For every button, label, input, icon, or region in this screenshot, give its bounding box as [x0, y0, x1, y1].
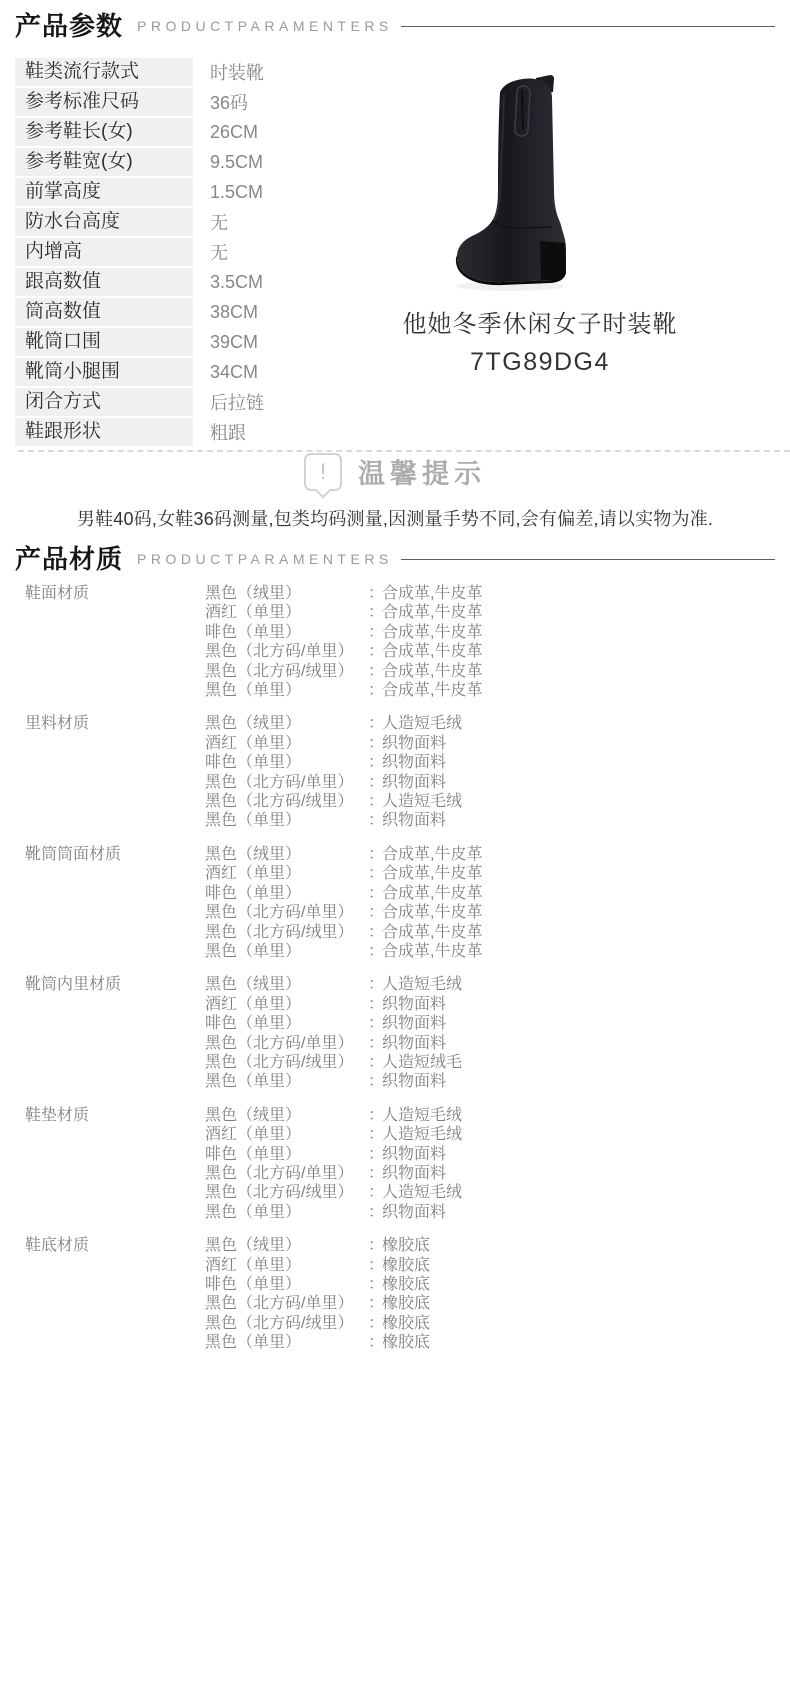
material-separator: ：: [368, 1333, 382, 1352]
material-value: 织物面料: [382, 811, 446, 830]
material-value: 橡胶底: [382, 1275, 430, 1294]
param-row-label: 闭合方式: [15, 388, 193, 416]
param-row-value: 9.5CM: [193, 152, 263, 173]
material-row: 酒红（单里）：织物面料: [205, 995, 780, 1014]
param-row-label: 鞋跟形状: [15, 418, 193, 446]
param-row-label: 跟高数值: [15, 268, 193, 296]
material-separator: ：: [368, 603, 382, 622]
material-variant: 黑色（单里）: [205, 681, 368, 700]
material-block: 靴筒筒面材质黑色（绒里）：合成革,牛皮革酒红（单里）：合成革,牛皮革啡色（单里）…: [25, 845, 780, 961]
material-block-rows: 黑色（绒里）：合成革,牛皮革酒红（单里）：合成革,牛皮革啡色（单里）：合成革,牛…: [205, 584, 780, 700]
material-variant: 黑色（北方码/单里）: [205, 903, 368, 922]
material-separator: ：: [368, 734, 382, 753]
material-value: 橡胶底: [382, 1314, 430, 1333]
material-variant: 黑色（绒里）: [205, 714, 368, 733]
param-table-row: 闭合方式后拉链: [15, 388, 381, 416]
material-value: 合成革,牛皮革: [382, 845, 482, 864]
param-row-label: 参考鞋长(女): [15, 118, 193, 146]
material-separator: ：: [368, 942, 382, 961]
materials-section-title: 产品材质: [15, 539, 123, 576]
material-value: 橡胶底: [382, 1333, 430, 1352]
material-row: 黑色（北方码/绒里）：人造短毛绒: [205, 1183, 780, 1202]
material-row: 酒红（单里）：人造短毛绒: [205, 1125, 780, 1144]
material-value: 织物面料: [382, 1014, 446, 1033]
material-separator: ：: [368, 995, 382, 1014]
boot-heel: [540, 241, 566, 280]
material-variant: 酒红（单里）: [205, 995, 368, 1014]
material-value: 橡胶底: [382, 1294, 430, 1313]
material-row: 黑色（北方码/单里）：橡胶底: [205, 1294, 780, 1313]
material-block-label: 靴筒筒面材质: [25, 845, 205, 961]
param-row-label: 鞋类流行款式: [15, 58, 193, 86]
material-separator: ：: [368, 681, 382, 700]
material-separator: ：: [368, 1145, 382, 1164]
param-row-label: 参考鞋宽(女): [15, 148, 193, 176]
material-value: 合成革,牛皮革: [382, 923, 482, 942]
material-variant: 黑色（单里）: [205, 1072, 368, 1091]
material-separator: ：: [368, 1236, 382, 1255]
material-value: 织物面料: [382, 1203, 446, 1222]
param-table-row: 参考鞋长(女)26CM: [15, 118, 381, 146]
material-block-label: 鞋面材质: [25, 584, 205, 700]
material-separator: ：: [368, 903, 382, 922]
material-variant: 酒红（单里）: [205, 734, 368, 753]
material-row: 酒红（单里）：合成革,牛皮革: [205, 603, 780, 622]
param-table-row: 鞋类流行款式时装靴: [15, 58, 381, 86]
material-value: 织物面料: [382, 1145, 446, 1164]
product-column: 他她冬季休闲女子时装靴 7TG89DG4: [380, 70, 700, 377]
material-row: 黑色（北方码/绒里）：人造短毛绒: [205, 792, 780, 811]
material-variant: 黑色（绒里）: [205, 845, 368, 864]
param-row-value: 后拉链: [193, 389, 264, 415]
material-row: 黑色（单里）：织物面料: [205, 1203, 780, 1222]
param-row-value: 36码: [193, 89, 248, 115]
material-row: 啡色（单里）：织物面料: [205, 753, 780, 772]
material-separator: ：: [368, 1072, 382, 1091]
material-value: 橡胶底: [382, 1236, 430, 1255]
material-separator: ：: [368, 792, 382, 811]
material-row: 啡色（单里）：合成革,牛皮革: [205, 623, 780, 642]
material-variant: 黑色（北方码/单里）: [205, 1164, 368, 1183]
param-row-label: 筒高数值: [15, 298, 193, 326]
material-value: 合成革,牛皮革: [382, 584, 482, 603]
material-block: 靴筒内里材质黑色（绒里）：人造短毛绒酒红（单里）：织物面料啡色（单里）：织物面料…: [25, 975, 780, 1091]
material-row: 啡色（单里）：织物面料: [205, 1014, 780, 1033]
material-value: 合成革,牛皮革: [382, 942, 482, 961]
material-variant: 啡色（单里）: [205, 1145, 368, 1164]
material-row: 黑色（绒里）：橡胶底: [205, 1236, 780, 1255]
material-row: 黑色（绒里）：人造短毛绒: [205, 1106, 780, 1125]
material-separator: ：: [368, 1256, 382, 1275]
material-block: 鞋面材质黑色（绒里）：合成革,牛皮革酒红（单里）：合成革,牛皮革啡色（单里）：合…: [25, 584, 780, 700]
material-separator: ：: [368, 714, 382, 733]
material-separator: ：: [368, 1125, 382, 1144]
material-value: 织物面料: [382, 1164, 446, 1183]
material-row: 啡色（单里）：橡胶底: [205, 1275, 780, 1294]
material-block-label: 鞋底材质: [25, 1236, 205, 1352]
material-variant: 黑色（北方码/单里）: [205, 1294, 368, 1313]
material-separator: ：: [368, 753, 382, 772]
params-section-header: 产品参数 PRODUCTPARAMENTERS: [15, 6, 775, 43]
material-variant: 黑色（单里）: [205, 811, 368, 830]
param-row-value: 无: [193, 209, 228, 235]
product-model-code: 7TG89DG4: [380, 348, 700, 377]
material-value: 织物面料: [382, 753, 446, 772]
param-row-value: 34CM: [193, 362, 258, 383]
material-row: 黑色（绒里）：合成革,牛皮革: [205, 845, 780, 864]
param-row-label: 防水台高度: [15, 208, 193, 236]
material-separator: ：: [368, 975, 382, 994]
material-row: 黑色（北方码/绒里）：橡胶底: [205, 1314, 780, 1333]
param-row-label: 前掌高度: [15, 178, 193, 206]
param-row-label: 内增高: [15, 238, 193, 266]
material-row: 啡色（单里）：合成革,牛皮革: [205, 884, 780, 903]
material-separator: ：: [368, 923, 382, 942]
material-row: 黑色（北方码/单里）：织物面料: [205, 1034, 780, 1053]
material-block-label: 里料材质: [25, 714, 205, 830]
material-value: 人造短毛绒: [382, 1125, 462, 1144]
material-separator: ：: [368, 1164, 382, 1183]
material-variant: 黑色（绒里）: [205, 975, 368, 994]
material-block-rows: 黑色（绒里）：合成革,牛皮革酒红（单里）：合成革,牛皮革啡色（单里）：合成革,牛…: [205, 845, 780, 961]
material-row: 黑色（北方码/单里）：合成革,牛皮革: [205, 903, 780, 922]
material-separator: ：: [368, 1014, 382, 1033]
param-table-row: 筒高数值38CM: [15, 298, 381, 326]
material-separator: ：: [368, 845, 382, 864]
material-value: 人造短毛绒: [382, 714, 462, 733]
exclamation-bubble-icon: !: [304, 453, 342, 491]
param-row-label: 靴筒口围: [15, 328, 193, 356]
param-table-row: 跟高数值3.5CM: [15, 268, 381, 296]
param-row-value: 3.5CM: [193, 272, 263, 293]
material-row: 黑色（北方码/绒里）：合成革,牛皮革: [205, 662, 780, 681]
material-row: 黑色（单里）：合成革,牛皮革: [205, 681, 780, 700]
material-variant: 黑色（北方码/绒里）: [205, 1314, 368, 1333]
material-variant: 黑色（绒里）: [205, 1236, 368, 1255]
material-value: 合成革,牛皮革: [382, 662, 482, 681]
material-separator: ：: [368, 1106, 382, 1125]
material-block: 鞋底材质黑色（绒里）：橡胶底酒红（单里）：橡胶底啡色（单里）：橡胶底黑色（北方码…: [25, 1236, 780, 1352]
material-block-rows: 黑色（绒里）：人造短毛绒酒红（单里）：人造短毛绒啡色（单里）：织物面料黑色（北方…: [205, 1106, 780, 1222]
material-value: 人造短毛绒: [382, 975, 462, 994]
material-separator: ：: [368, 1275, 382, 1294]
material-variant: 黑色（北方码/单里）: [205, 773, 368, 792]
param-table-row: 靴筒小腿围34CM: [15, 358, 381, 386]
material-variant: 黑色（北方码/绒里）: [205, 923, 368, 942]
material-separator: ：: [368, 642, 382, 661]
material-separator: ：: [368, 1314, 382, 1333]
material-variant: 黑色（绒里）: [205, 584, 368, 603]
material-separator: ：: [368, 864, 382, 883]
boot-gore-seam: [522, 90, 523, 130]
material-separator: ：: [368, 1053, 382, 1072]
material-row: 黑色（单里）：橡胶底: [205, 1333, 780, 1352]
param-table-row: 靴筒口围39CM: [15, 328, 381, 356]
param-row-label: 靴筒小腿围: [15, 358, 193, 386]
material-separator: ：: [368, 884, 382, 903]
material-block-rows: 黑色（绒里）：橡胶底酒红（单里）：橡胶底啡色（单里）：橡胶底黑色（北方码/单里）…: [205, 1236, 780, 1352]
product-photo-boot-image: [448, 70, 570, 298]
material-row: 酒红（单里）：橡胶底: [205, 1256, 780, 1275]
param-row-value: 26CM: [193, 122, 258, 143]
material-variant: 酒红（单里）: [205, 603, 368, 622]
material-row: 黑色（单里）：合成革,牛皮革: [205, 942, 780, 961]
material-value: 织物面料: [382, 995, 446, 1014]
material-row: 酒红（单里）：合成革,牛皮革: [205, 864, 780, 883]
material-separator: ：: [368, 662, 382, 681]
material-value: 合成革,牛皮革: [382, 603, 482, 622]
material-row: 黑色（北方码/单里）：合成革,牛皮革: [205, 642, 780, 661]
material-variant: 黑色（北方码/单里）: [205, 1034, 368, 1053]
material-separator: ：: [368, 1034, 382, 1053]
params-section-title: 产品参数: [15, 6, 123, 43]
param-table-row: 鞋跟形状粗跟: [15, 418, 381, 446]
exclamation-mark: !: [320, 461, 326, 483]
material-variant: 黑色（北方码/绒里）: [205, 1183, 368, 1202]
header-rule-line: [401, 559, 775, 560]
material-row: 黑色（单里）：织物面料: [205, 1072, 780, 1091]
material-row: 黑色（北方码/绒里）：人造短绒毛: [205, 1053, 780, 1072]
material-value: 合成革,牛皮革: [382, 681, 482, 700]
material-value: 人造短绒毛: [382, 1053, 462, 1072]
material-variant: 黑色（北方码/单里）: [205, 642, 368, 661]
material-value: 人造短毛绒: [382, 1106, 462, 1125]
product-parameters-table: 鞋类流行款式时装靴参考标准尺码36码参考鞋长(女)26CM参考鞋宽(女)9.5C…: [15, 58, 381, 448]
material-separator: ：: [368, 584, 382, 603]
material-value: 橡胶底: [382, 1256, 430, 1275]
material-variant: 啡色（单里）: [205, 1014, 368, 1033]
material-value: 合成革,牛皮革: [382, 642, 482, 661]
material-block-rows: 黑色（绒里）：人造短毛绒酒红（单里）：织物面料啡色（单里）：织物面料黑色（北方码…: [205, 975, 780, 1091]
material-value: 合成革,牛皮革: [382, 623, 482, 642]
material-row: 黑色（单里）：织物面料: [205, 811, 780, 830]
param-table-row: 参考鞋宽(女)9.5CM: [15, 148, 381, 176]
header-rule-line: [401, 26, 775, 27]
materials-list: 鞋面材质黑色（绒里）：合成革,牛皮革酒红（单里）：合成革,牛皮革啡色（单里）：合…: [25, 584, 780, 1367]
param-table-row: 内增高无: [15, 238, 381, 266]
tips-title: 温馨提示: [358, 452, 486, 491]
material-variant: 黑色（单里）: [205, 1333, 368, 1352]
material-row: 黑色（绒里）：合成革,牛皮革: [205, 584, 780, 603]
params-section-subtitle: PRODUCTPARAMENTERS: [137, 15, 393, 34]
param-row-value: 时装靴: [193, 59, 264, 85]
material-variant: 啡色（单里）: [205, 753, 368, 772]
material-separator: ：: [368, 623, 382, 642]
material-variant: 黑色（北方码/绒里）: [205, 792, 368, 811]
material-value: 织物面料: [382, 1072, 446, 1091]
material-row: 黑色（绒里）：人造短毛绒: [205, 975, 780, 994]
material-variant: 啡色（单里）: [205, 884, 368, 903]
tips-disclaimer-text: 男鞋40码,女鞋36码测量,包类均码测量,因测量手势不同,会有偏差,请以实物为准…: [0, 505, 790, 531]
materials-section-subtitle: PRODUCTPARAMENTERS: [137, 548, 393, 567]
param-table-row: 前掌高度1.5CM: [15, 178, 381, 206]
material-row: 黑色（北方码/单里）：织物面料: [205, 1164, 780, 1183]
material-value: 织物面料: [382, 1034, 446, 1053]
tips-header: ! 温馨提示: [0, 452, 790, 491]
material-value: 织物面料: [382, 773, 446, 792]
material-block: 鞋垫材质黑色（绒里）：人造短毛绒酒红（单里）：人造短毛绒啡色（单里）：织物面料黑…: [25, 1106, 780, 1222]
material-value: 人造短毛绒: [382, 792, 462, 811]
param-row-value: 38CM: [193, 302, 258, 323]
material-separator: ：: [368, 1183, 382, 1202]
material-variant: 黑色（单里）: [205, 1203, 368, 1222]
material-block-label: 靴筒内里材质: [25, 975, 205, 1091]
material-row: 黑色（绒里）：人造短毛绒: [205, 714, 780, 733]
param-row-value: 无: [193, 239, 228, 265]
param-row-label: 参考标准尺码: [15, 88, 193, 116]
material-value: 合成革,牛皮革: [382, 884, 482, 903]
material-variant: 酒红（单里）: [205, 1256, 368, 1275]
param-row-value: 39CM: [193, 332, 258, 353]
material-value: 人造短毛绒: [382, 1183, 462, 1202]
param-table-row: 防水台高度无: [15, 208, 381, 236]
material-variant: 酒红（单里）: [205, 864, 368, 883]
material-value: 合成革,牛皮革: [382, 903, 482, 922]
material-row: 啡色（单里）：织物面料: [205, 1145, 780, 1164]
material-variant: 黑色（北方码/绒里）: [205, 662, 368, 681]
material-value: 合成革,牛皮革: [382, 864, 482, 883]
param-table-row: 参考标准尺码36码: [15, 88, 381, 116]
material-variant: 黑色（单里）: [205, 942, 368, 961]
material-row: 黑色（北方码/绒里）：合成革,牛皮革: [205, 923, 780, 942]
material-separator: ：: [368, 1203, 382, 1222]
material-variant: 黑色（绒里）: [205, 1106, 368, 1125]
param-row-value: 粗跟: [193, 419, 246, 445]
material-block-rows: 黑色（绒里）：人造短毛绒酒红（单里）：织物面料啡色（单里）：织物面料黑色（北方码…: [205, 714, 780, 830]
material-separator: ：: [368, 1294, 382, 1313]
material-separator: ：: [368, 811, 382, 830]
material-block-label: 鞋垫材质: [25, 1106, 205, 1222]
material-variant: 啡色（单里）: [205, 1275, 368, 1294]
product-name: 他她冬季休闲女子时装靴: [380, 304, 700, 339]
material-row: 酒红（单里）：织物面料: [205, 734, 780, 753]
material-value: 织物面料: [382, 734, 446, 753]
material-variant: 黑色（北方码/绒里）: [205, 1053, 368, 1072]
material-separator: ：: [368, 773, 382, 792]
material-variant: 酒红（单里）: [205, 1125, 368, 1144]
param-row-value: 1.5CM: [193, 182, 263, 203]
material-row: 黑色（北方码/单里）：织物面料: [205, 773, 780, 792]
material-block: 里料材质黑色（绒里）：人造短毛绒酒红（单里）：织物面料啡色（单里）：织物面料黑色…: [25, 714, 780, 830]
material-variant: 啡色（单里）: [205, 623, 368, 642]
materials-section-header: 产品材质 PRODUCTPARAMENTERS: [15, 539, 775, 576]
